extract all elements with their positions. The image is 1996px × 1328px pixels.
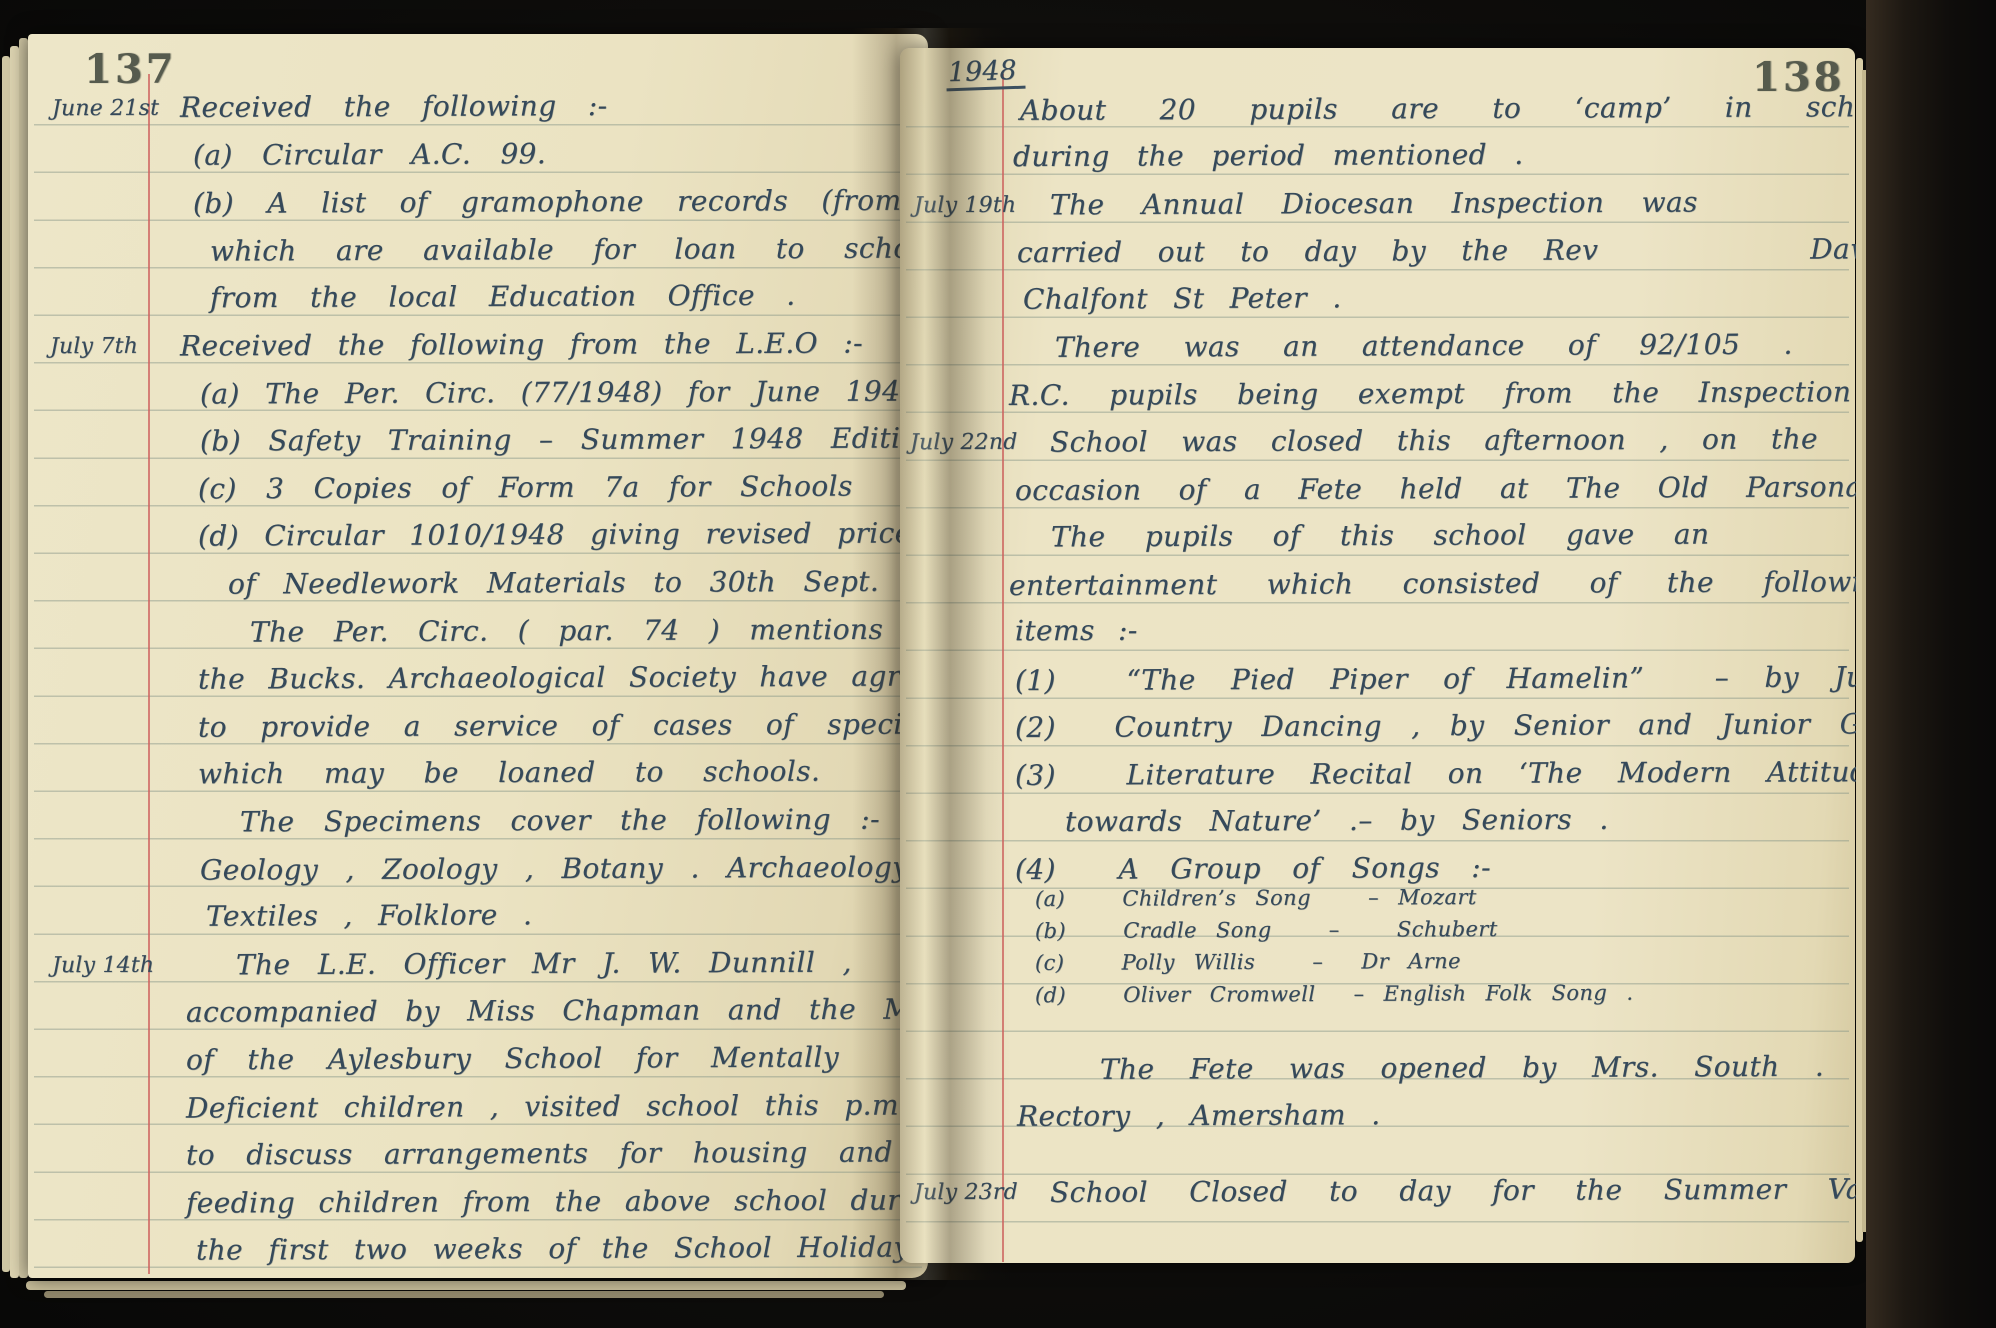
- handwritten-line: School was closed this afternoon , on th…: [1050, 421, 1818, 459]
- handwritten-line: The Per. Circ. ( par. 74 ) mentions that: [250, 611, 971, 649]
- handwritten-line: during the period mentioned .: [1013, 137, 1524, 174]
- entry-date: July 7th: [50, 333, 138, 361]
- handwritten-line: (b) Cradle Song – Schubert: [1035, 916, 1498, 944]
- handwritten-line: (d) Oliver Cromwell – English Folk Song …: [1035, 980, 1633, 1009]
- handwritten-line: R.C. pupils being exempt from the Inspec…: [1009, 374, 1900, 413]
- handwritten-line: (c) Polly Willis – Dr Arne: [1035, 948, 1461, 976]
- handwritten-line: The L.E. Officer Mr J. W. Dunnill ,: [236, 945, 852, 983]
- entry-date: July 19th: [914, 192, 1016, 220]
- handwritten-line: The Fete was opened by Mrs. South . of t…: [1100, 1048, 1970, 1087]
- handwritten-line: entertainment which consisted of the fol…: [1009, 564, 1898, 603]
- handwritten-line: Received the following :-: [180, 88, 608, 125]
- handwritten-line: (1) “The Pied Piper of Hamelin” – by Jun…: [1015, 659, 1983, 698]
- handwritten-line: towards Nature’ .– by Seniors .: [1065, 802, 1609, 839]
- handwritten-line: The Specimens cover the following :-: [240, 802, 880, 840]
- handwritten-line: to provide a service of cases of specime…: [198, 706, 980, 744]
- handwritten-line: There was an attendance of 92/105 . 10: [1055, 326, 1916, 365]
- logbook-left-page: 137 June 21stReceived the following :-(a…: [28, 34, 928, 1278]
- handwritten-line: (3) Literature Recital on ‘The Modern At…: [1015, 754, 1885, 793]
- right-page-entries: About 20 pupils are to ‘camp’ in schoold…: [900, 48, 1855, 1263]
- handwritten-line: (a) The Per. Circ. (77/1948) for June 19…: [200, 373, 928, 411]
- handwritten-line: of the Aylesbury School for Mentally: [186, 1040, 839, 1078]
- handwritten-line: School Closed to day for the Summer Vaca…: [1050, 1171, 1953, 1210]
- handwritten-line: (b) Safety Training – Summer 1948 Editio…: [200, 420, 936, 458]
- handwritten-line: (2) Country Dancing , by Senior and Juni…: [1015, 706, 1948, 745]
- handwritten-line: Rectory , Amersham .: [1017, 1097, 1381, 1134]
- handwritten-line: from the local Education Office .: [210, 278, 796, 316]
- entry-date: June 21st: [52, 95, 159, 123]
- handwritten-line: to discuss arrangements for housing and: [186, 1134, 893, 1172]
- handwritten-line: which may be loaned to schools.: [198, 754, 820, 792]
- handwritten-line: items :-: [1015, 613, 1138, 649]
- handwritten-line: of Needlework Materials to 30th Sept. 19…: [228, 563, 979, 601]
- handwritten-line: Geology , Zoology , Botany . Archaeology…: [200, 849, 945, 887]
- entry-date: July 22nd: [910, 429, 1018, 457]
- entry-date: July 23rd: [914, 1179, 1018, 1207]
- handwritten-line: feeding children from the above school d…: [186, 1182, 947, 1220]
- handwritten-line: Chalfont St Peter .: [1023, 280, 1342, 316]
- handwritten-line: (4) A Group of Songs :-: [1015, 850, 1491, 887]
- handwritten-line: (d) Circular 1010/1948 giving revised pr…: [198, 515, 927, 553]
- handwritten-line: The Annual Diocesan Inspection was: [1050, 185, 1698, 223]
- handwritten-line: Received the following from the L.E.O :-: [180, 326, 863, 364]
- entry-date: July 14th: [52, 952, 154, 980]
- handwritten-line: (a) Children’s Song – Mozart: [1035, 884, 1477, 912]
- handwritten-line: which are available for loan to schools: [210, 230, 952, 268]
- handwritten-line: Deficient children , visited school this…: [186, 1087, 908, 1125]
- handwritten-line: accompanied by Miss Chapman and the Matr…: [186, 991, 991, 1030]
- handwritten-line: carried out to day by the Rev Dawes of: [1017, 231, 1970, 270]
- handwritten-line: About 20 pupils are to ‘camp’ in school: [1020, 89, 1899, 128]
- left-page-entries: June 21stReceived the following :-(a) Ci…: [28, 34, 928, 1278]
- handwritten-line: the Bucks. Archaeological Society have a…: [198, 658, 953, 696]
- logbook-right-page: 138 1948 About 20 pupils are to ‘camp’ i…: [900, 48, 1855, 1263]
- handwritten-line: occasion of a Fete held at The Old Parso…: [1015, 469, 1945, 508]
- handwritten-line: Textiles , Folklore .: [206, 897, 532, 933]
- handwritten-line: (c) 3 Copies of Form 7a for Schools: [198, 469, 853, 507]
- handwritten-line: The pupils of this school gave an: [1051, 517, 1710, 555]
- handwritten-line: the first two weeks of the School Holida…: [196, 1229, 934, 1267]
- handwritten-line: (a) Circular A.C. 99.: [193, 136, 546, 173]
